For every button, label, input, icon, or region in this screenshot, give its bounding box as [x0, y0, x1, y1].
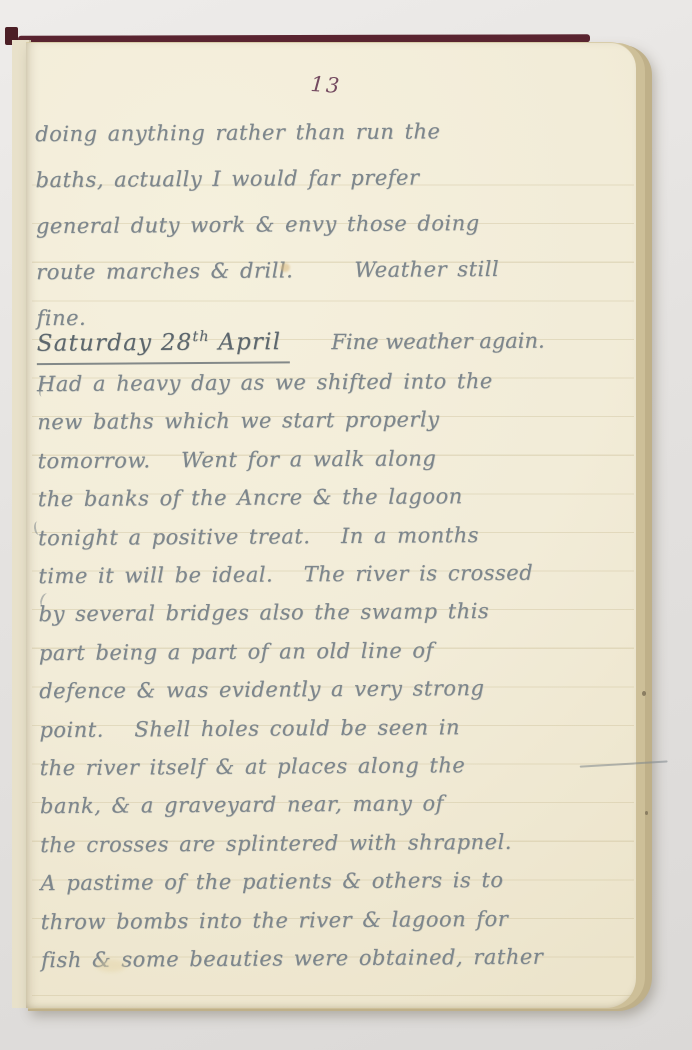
paper-stain — [280, 263, 290, 272]
handwriting-layer: doing anything rather than run the baths… — [35, 41, 656, 1011]
paper-speck — [645, 811, 648, 815]
handwriting-line: throw bombs into the river & lagoon for — [41, 899, 641, 942]
handwriting-line: time it will be ideal. The river is cros… — [38, 553, 638, 596]
handwriting-line: fish & some beauties were obtained, rath… — [41, 937, 641, 980]
handwriting-line: part being a part of an old line of — [39, 630, 639, 673]
handwriting-line: defence & was evidently a very strong — [39, 668, 639, 711]
handwriting-line: by several bridges also the swamp this — [38, 591, 638, 634]
date-month: April — [210, 329, 282, 355]
handwriting-line: baths, actually I would far prefer — [35, 153, 635, 203]
handwriting-line: tomorrow. Went for a walk along — [37, 438, 637, 481]
handwriting-line: the river itself & at places along the — [40, 745, 640, 788]
paper-stain — [96, 959, 126, 972]
diary-page: 13 doing anything rather than run the ba… — [26, 42, 636, 1008]
handwriting-line: doing anything rather than run the — [35, 107, 635, 157]
handwriting-line: general duty work & envy those doing — [36, 199, 636, 249]
date-day: Saturday 28 — [37, 330, 193, 357]
handwriting-line: Had a heavy day as we shifted into the — [37, 361, 637, 404]
handwriting-line: the banks of the Ancre & the lagoon — [38, 476, 638, 519]
handwriting-line: route marches & drill. Weather still — [36, 245, 636, 295]
entry-opening-words: Fine weather again. — [331, 328, 545, 353]
handwriting-line: bank, & a graveyard near, many of — [40, 783, 640, 826]
entry-continuation-paragraph: doing anything rather than run the baths… — [35, 107, 637, 341]
date-ordinal: th — [192, 329, 209, 345]
entry-date-line: Saturday 28th AprilFine weather again. — [37, 317, 637, 365]
handwriting-line: the crosses are splintered with shrapnel… — [40, 822, 640, 865]
handwriting-line: point. Shell holes could be seen in — [39, 707, 639, 750]
scanned-notebook-photo: 13 doing anything rather than run the ba… — [0, 0, 692, 1050]
handwriting-line: A pastime of the patients & others is to — [40, 860, 640, 903]
handwriting-line: tonight a positive treat. In a months — [38, 515, 638, 558]
entry-date-heading: Saturday 28th April — [37, 319, 290, 364]
paper-speck — [642, 691, 646, 696]
entry-body-paragraph: Had a heavy day as we shifted into the n… — [37, 361, 641, 980]
handwriting-line: new baths which we start properly — [37, 399, 637, 442]
